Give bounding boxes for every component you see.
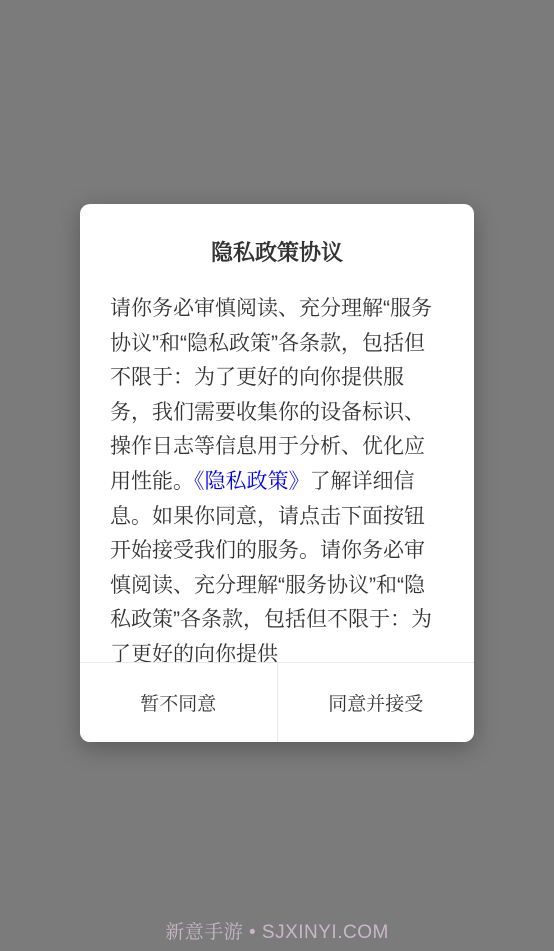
agree-button[interactable]: 同意并接受 [277,663,475,742]
disagree-button[interactable]: 暂不同意 [80,663,277,742]
dim-overlay: 隐私政策协议 请你务必审慎阅读、充分理解“服务协议”和“隐私政策”各条款，包括但… [0,0,554,951]
privacy-policy-dialog: 隐私政策协议 请你务必审慎阅读、充分理解“服务协议”和“隐私政策”各条款，包括但… [80,204,474,742]
privacy-policy-link[interactable]: 《隐私政策》 [194,470,310,493]
dialog-title: 隐私政策协议 [80,238,474,268]
body-text-before: 请你务必审慎阅读、充分理解“服务协议”和“隐私政策”各条款，包括但不限于：为了更… [110,297,432,493]
body-text-after: 了解详细信息。如果你同意，请点击下面按钮开始接受我们的服务。请你务必审慎阅读、充… [110,470,432,662]
site-watermark: 新意手游 • SJXINYI.COM [0,917,554,944]
dialog-footer: 暂不同意 同意并接受 [80,662,474,742]
dialog-body-text: 请你务必审慎阅读、充分理解“服务协议”和“隐私政策”各条款，包括但不限于：为了更… [110,292,444,662]
